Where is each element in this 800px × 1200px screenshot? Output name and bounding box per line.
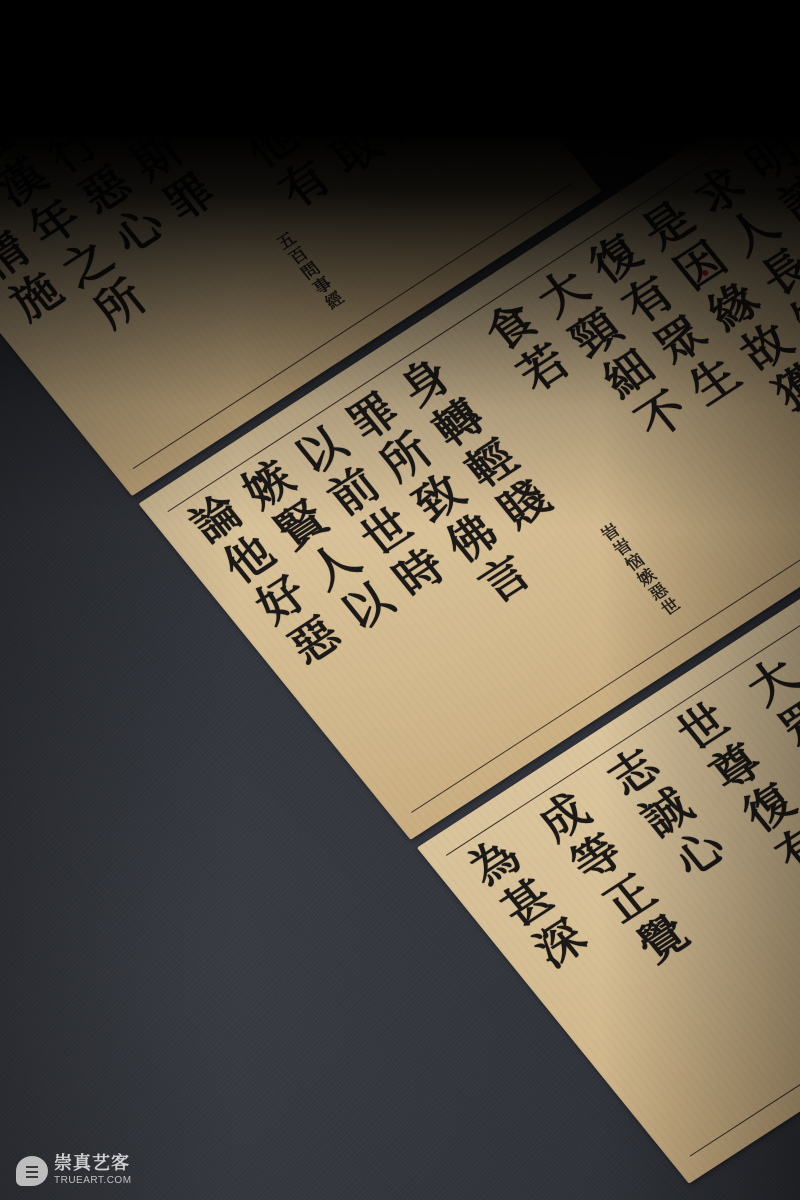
watermark: 崇真艺客 TRUEART.COM (16, 1155, 132, 1186)
watermark-text: 崇真艺客 TRUEART.COM (54, 1155, 132, 1186)
watermark-chinese: 崇真艺客 (54, 1155, 132, 1173)
speech-bubble-logo-icon (16, 1156, 48, 1186)
watermark-english: TRUEART.COM (54, 1176, 132, 1186)
